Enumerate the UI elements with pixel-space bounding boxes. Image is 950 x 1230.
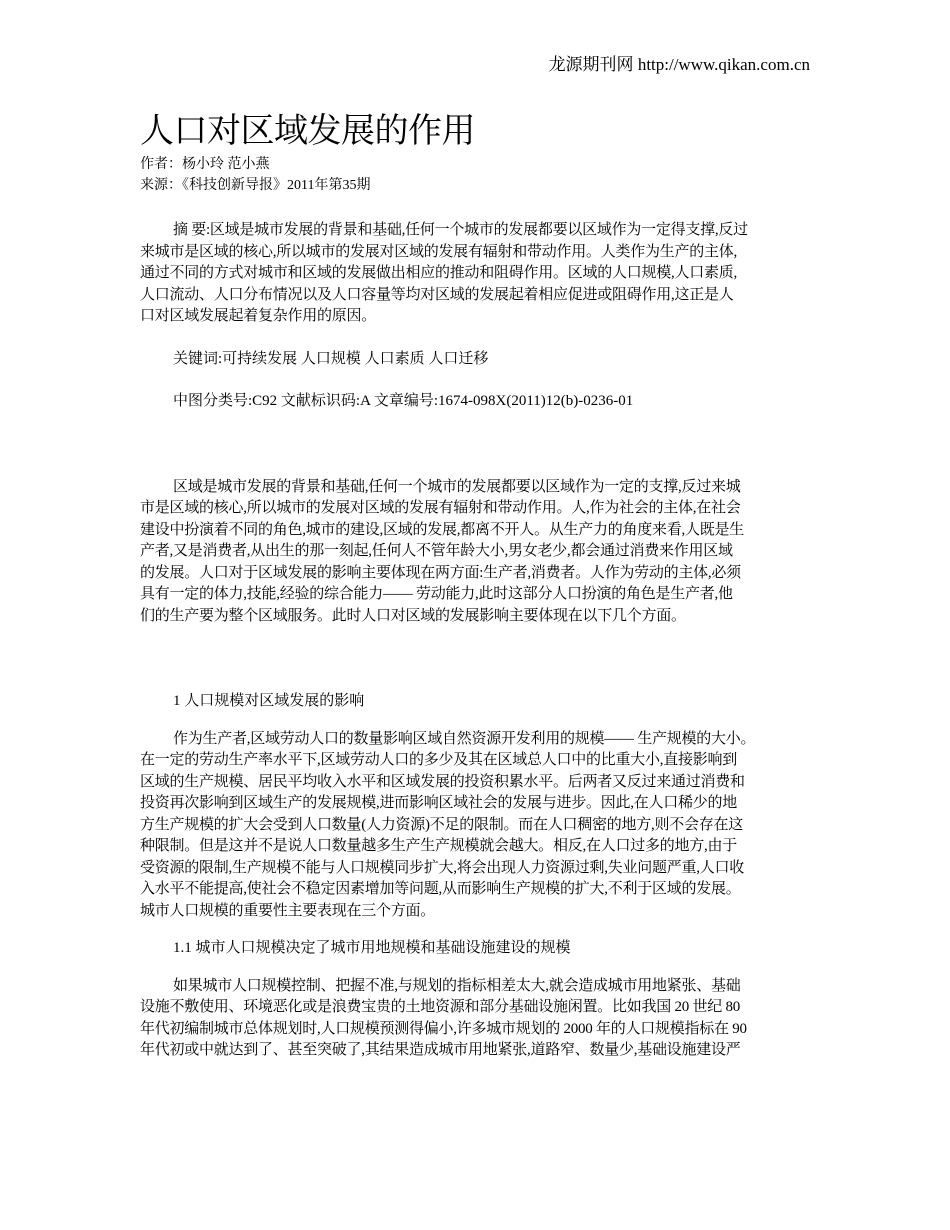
section-heading-1-1: 1.1 城市人口规模决定了城市用地规模和基础设施建设的规模 xyxy=(140,938,812,960)
abstract-line: 摘 要:区域是城市发展的背景和基础,任何一个城市的发展都要以区域作为一定得支撑,… xyxy=(140,220,812,242)
site-name: 龙源期刊网 xyxy=(549,55,634,74)
site-url[interactable]: http://www.qikan.com.cn xyxy=(638,55,810,74)
section-1-line: 受资源的限制,生产规模不能与人口规模同步扩大,将会出现人力资源过剩,失业问题严重… xyxy=(140,858,812,880)
abstract-line: 人口流动、人口分布情况以及人口容量等均对区域的发展起着相应促进或阻碍作用,这正是… xyxy=(140,285,812,307)
section-1-1-line: 如果城市人口规模控制、把握不准,与规划的指标相差太大,就会造成城市用地紧张、基础 xyxy=(140,976,812,998)
section-1-line: 投资再次影响到区域生产的发展规模,进而影响区域社会的发展与进步。因此,在人口稀少… xyxy=(140,793,812,815)
section-1-line: 种限制。但是这并不是说人口数量越多生产生产规模就会越大。相反,在人口过多的地方,… xyxy=(140,836,812,858)
section-1-line: 区域的生产规模、居民平均收入水平和区域发展的投资积累水平。后两者又反过来通过消费… xyxy=(140,772,812,794)
section-1-line: 城市人口规模的重要性主要表现在三个方面。 xyxy=(140,901,812,923)
section-heading-1: 1 人口规模对区域发展的影响 xyxy=(140,691,812,713)
abstract-line: 通过不同的方式对城市和区域的发展做出相应的推动和阻碍作用。区域的人口规模,人口素… xyxy=(140,263,812,285)
section-1-1-paragraph: 如果城市人口规模控制、把握不准,与规划的指标相差太大,就会造成城市用地紧张、基础… xyxy=(140,976,812,1062)
section-1-line: 作为生产者,区域劳动人口的数量影响区域自然资源开发利用的规模—— 生产规模的大小… xyxy=(140,729,812,751)
section-1-1-line: 年代初或中就达到了、甚至突破了,其结果造成城市用地紧张,道路窄、数量少,基础设施… xyxy=(140,1040,812,1062)
section-1-1-line: 设施不敷使用、环境恶化或是浪费宝贵的土地资源和部分基础设施闲置。比如我国 20 … xyxy=(140,997,812,1019)
article-title: 人口对区域发展的作用 xyxy=(140,108,812,154)
intro-line: 具有一定的体力,技能,经验的综合能力—— 劳动能力,此时这部分人口扮演的角色是生… xyxy=(140,584,812,606)
source-line: 来源：《科技创新导报》2011年第35期 xyxy=(140,175,812,196)
section-1-paragraph: 作为生产者,区域劳动人口的数量影响区域自然资源开发利用的规模—— 生产规模的大小… xyxy=(140,729,812,923)
section-1-line: 方生产规模的扩大会受到人口数量(人力资源)不足的限制。而在人口稠密的地方,则不会… xyxy=(140,815,812,837)
keywords: 关键词:可持续发展 人口规模 人口素质 人口迁移 xyxy=(140,349,812,371)
section-1-line: 入水平不能提高,使社会不稳定因素增加等问题,从而影响生产规模的扩大,不利于区域的… xyxy=(140,879,812,901)
author-line: 作者：杨小玲 范小燕 xyxy=(140,154,812,175)
abstract-line: 口对区域发展起着复杂作用的原因。 xyxy=(140,306,812,328)
intro-line: 产者,又是消费者,从出生的那一刻起,任何人不管年龄大小,男女老少,都会通过消费来… xyxy=(140,541,812,563)
section-1-line: 在一定的劳动生产率水平下,区域劳动人口的多少及其在区域总人口中的比重大小,直接影… xyxy=(140,750,812,772)
intro-line: 的发展。人口对于区域发展的影响主要体现在两方面:生产者,消费者。人作为劳动的主体… xyxy=(140,563,812,585)
intro-line: 市是区域的核心,所以城市的发展对区域的发展有辐射和带动作用。人,作为社会的主体,… xyxy=(140,498,812,520)
section-1-1-line: 年代初编制城市总体规划时,人口规模预测得偏小,许多城市规划的 2000 年的人口… xyxy=(140,1019,812,1041)
intro-line: 区域是城市发展的背景和基础,任何一个城市的发展都要以区域作为一定的支撑,反过来城 xyxy=(140,477,812,499)
abstract: 摘 要:区域是城市发展的背景和基础,任何一个城市的发展都要以区域作为一定得支撑,… xyxy=(140,220,812,328)
article: 人口对区域发展的作用 作者：杨小玲 范小燕 来源：《科技创新导报》2011年第3… xyxy=(140,108,812,1062)
classification: 中图分类号:C92 文献标识码:A 文章编号:1674-098X(2011)12… xyxy=(140,391,812,413)
intro-line: 们的生产要为整个区域服务。此时人口对区域的发展影响主要体现在以下几个方面。 xyxy=(140,606,812,628)
intro-paragraph: 区域是城市发展的背景和基础,任何一个城市的发展都要以区域作为一定的支撑,反过来城… xyxy=(140,477,812,628)
intro-line: 建设中扮演着不同的角色,城市的建设,区域的发展,都离不开人。从生产力的角度来看,… xyxy=(140,520,812,542)
site-header: 龙源期刊网 http://www.qikan.com.cn xyxy=(549,54,810,76)
abstract-line: 来城市是区域的核心,所以城市的发展对区域的发展有辐射和带动作用。人类作为生产的主… xyxy=(140,242,812,264)
